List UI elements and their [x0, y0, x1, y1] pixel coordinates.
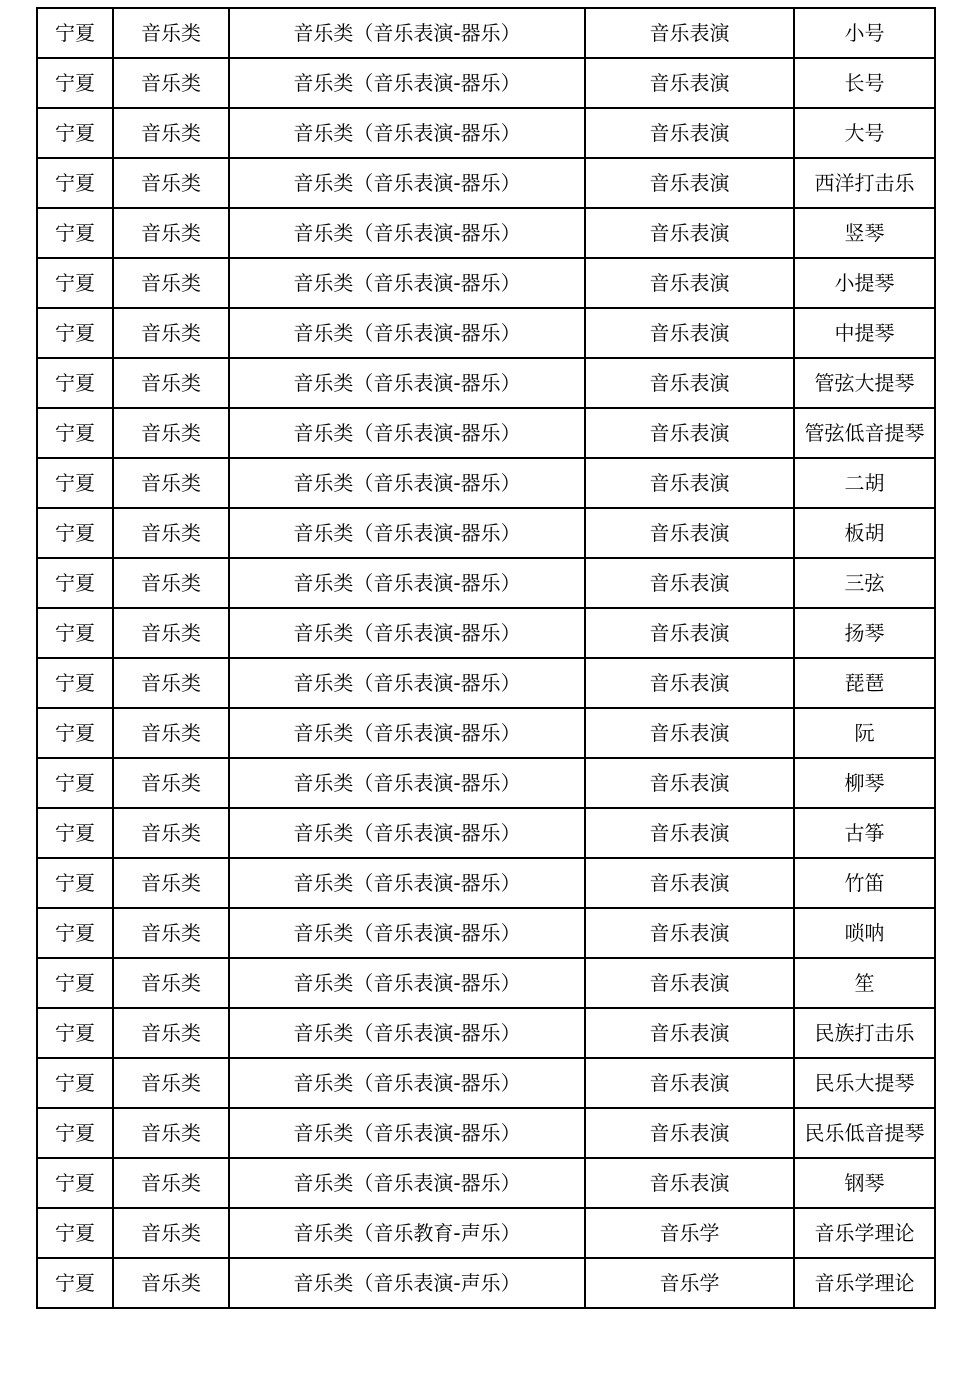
- major-cell: 音乐表演: [585, 308, 794, 358]
- major-cell: 音乐学: [585, 1258, 794, 1308]
- table-row: 宁夏音乐类音乐类（音乐表演-器乐）音乐表演唢呐: [37, 908, 935, 958]
- direction-cell: 阮: [794, 708, 935, 758]
- subcategory-cell: 音乐类（音乐表演-器乐）: [229, 858, 585, 908]
- province-cell: 宁夏: [37, 858, 113, 908]
- subcategory-cell: 音乐类（音乐表演-器乐）: [229, 1158, 585, 1208]
- category-cell: 音乐类: [113, 258, 229, 308]
- category-cell: 音乐类: [113, 708, 229, 758]
- major-cell: 音乐表演: [585, 258, 794, 308]
- category-cell: 音乐类: [113, 508, 229, 558]
- table-row: 宁夏音乐类音乐类（音乐表演-器乐）音乐表演民族打击乐: [37, 1008, 935, 1058]
- subcategory-cell: 音乐类（音乐表演-器乐）: [229, 8, 585, 58]
- category-cell: 音乐类: [113, 208, 229, 258]
- direction-cell: 民乐大提琴: [794, 1058, 935, 1108]
- subcategory-cell: 音乐类（音乐表演-器乐）: [229, 1108, 585, 1158]
- province-cell: 宁夏: [37, 208, 113, 258]
- direction-cell: 三弦: [794, 558, 935, 608]
- table-row: 宁夏音乐类音乐类（音乐表演-器乐）音乐表演柳琴: [37, 758, 935, 808]
- category-cell: 音乐类: [113, 808, 229, 858]
- table-row: 宁夏音乐类音乐类（音乐表演-器乐）音乐表演民乐低音提琴: [37, 1108, 935, 1158]
- subcategory-cell: 音乐类（音乐表演-器乐）: [229, 808, 585, 858]
- province-cell: 宁夏: [37, 758, 113, 808]
- category-cell: 音乐类: [113, 58, 229, 108]
- direction-cell: 长号: [794, 58, 935, 108]
- major-cell: 音乐表演: [585, 158, 794, 208]
- subcategory-cell: 音乐类（音乐表演-器乐）: [229, 258, 585, 308]
- major-cell: 音乐表演: [585, 608, 794, 658]
- subcategory-cell: 音乐类（音乐表演-器乐）: [229, 458, 585, 508]
- table-row: 宁夏音乐类音乐类（音乐表演-声乐）音乐学音乐学理论: [37, 1258, 935, 1308]
- table-row: 宁夏音乐类音乐类（音乐表演-器乐）音乐表演管弦大提琴: [37, 358, 935, 408]
- province-cell: 宁夏: [37, 608, 113, 658]
- table-row: 宁夏音乐类音乐类（音乐表演-器乐）音乐表演笙: [37, 958, 935, 1008]
- table-row: 宁夏音乐类音乐类（音乐表演-器乐）音乐表演管弦低音提琴: [37, 408, 935, 458]
- province-cell: 宁夏: [37, 458, 113, 508]
- direction-cell: 板胡: [794, 508, 935, 558]
- category-cell: 音乐类: [113, 1008, 229, 1058]
- major-table: 宁夏音乐类音乐类（音乐表演-器乐）音乐表演小号宁夏音乐类音乐类（音乐表演-器乐）…: [36, 7, 936, 1309]
- major-cell: 音乐表演: [585, 658, 794, 708]
- direction-cell: 大号: [794, 108, 935, 158]
- province-cell: 宁夏: [37, 408, 113, 458]
- category-cell: 音乐类: [113, 308, 229, 358]
- major-cell: 音乐表演: [585, 108, 794, 158]
- major-cell: 音乐表演: [585, 1058, 794, 1108]
- major-cell: 音乐表演: [585, 1108, 794, 1158]
- direction-cell: 音乐学理论: [794, 1208, 935, 1258]
- direction-cell: 柳琴: [794, 758, 935, 808]
- direction-cell: 管弦大提琴: [794, 358, 935, 408]
- province-cell: 宁夏: [37, 158, 113, 208]
- direction-cell: 民乐低音提琴: [794, 1108, 935, 1158]
- table-row: 宁夏音乐类音乐类（音乐表演-器乐）音乐表演中提琴: [37, 308, 935, 358]
- province-cell: 宁夏: [37, 1108, 113, 1158]
- direction-cell: 唢呐: [794, 908, 935, 958]
- table-row: 宁夏音乐类音乐类（音乐表演-器乐）音乐表演板胡: [37, 508, 935, 558]
- subcategory-cell: 音乐类（音乐表演-器乐）: [229, 308, 585, 358]
- subcategory-cell: 音乐类（音乐表演-器乐）: [229, 508, 585, 558]
- table-row: 宁夏音乐类音乐类（音乐表演-器乐）音乐表演三弦: [37, 558, 935, 608]
- table-row: 宁夏音乐类音乐类（音乐表演-器乐）音乐表演长号: [37, 58, 935, 108]
- subcategory-cell: 音乐类（音乐表演-器乐）: [229, 358, 585, 408]
- major-cell: 音乐表演: [585, 508, 794, 558]
- subcategory-cell: 音乐类（音乐表演-器乐）: [229, 758, 585, 808]
- major-cell: 音乐表演: [585, 358, 794, 408]
- province-cell: 宁夏: [37, 8, 113, 58]
- major-cell: 音乐表演: [585, 958, 794, 1008]
- major-cell: 音乐表演: [585, 8, 794, 58]
- direction-cell: 民族打击乐: [794, 1008, 935, 1058]
- category-cell: 音乐类: [113, 608, 229, 658]
- table-row: 宁夏音乐类音乐类（音乐表演-器乐）音乐表演竹笛: [37, 858, 935, 908]
- major-cell: 音乐表演: [585, 1008, 794, 1058]
- direction-cell: 竹笛: [794, 858, 935, 908]
- major-cell: 音乐表演: [585, 58, 794, 108]
- province-cell: 宁夏: [37, 708, 113, 758]
- table-row: 宁夏音乐类音乐类（音乐表演-器乐）音乐表演竖琴: [37, 208, 935, 258]
- direction-cell: 笙: [794, 958, 935, 1008]
- province-cell: 宁夏: [37, 1008, 113, 1058]
- direction-cell: 西洋打击乐: [794, 158, 935, 208]
- subcategory-cell: 音乐类（音乐表演-器乐）: [229, 958, 585, 1008]
- subcategory-cell: 音乐类（音乐表演-器乐）: [229, 408, 585, 458]
- table-row: 宁夏音乐类音乐类（音乐表演-器乐）音乐表演阮: [37, 708, 935, 758]
- province-cell: 宁夏: [37, 58, 113, 108]
- direction-cell: 小号: [794, 8, 935, 58]
- province-cell: 宁夏: [37, 808, 113, 858]
- subcategory-cell: 音乐类（音乐表演-器乐）: [229, 58, 585, 108]
- direction-cell: 管弦低音提琴: [794, 408, 935, 458]
- category-cell: 音乐类: [113, 458, 229, 508]
- category-cell: 音乐类: [113, 358, 229, 408]
- table-row: 宁夏音乐类音乐类（音乐表演-器乐）音乐表演西洋打击乐: [37, 158, 935, 208]
- category-cell: 音乐类: [113, 158, 229, 208]
- direction-cell: 琵琶: [794, 658, 935, 708]
- province-cell: 宁夏: [37, 1158, 113, 1208]
- province-cell: 宁夏: [37, 258, 113, 308]
- direction-cell: 中提琴: [794, 308, 935, 358]
- major-cell: 音乐表演: [585, 858, 794, 908]
- direction-cell: 音乐学理论: [794, 1258, 935, 1308]
- category-cell: 音乐类: [113, 958, 229, 1008]
- major-cell: 音乐表演: [585, 1158, 794, 1208]
- province-cell: 宁夏: [37, 1258, 113, 1308]
- category-cell: 音乐类: [113, 1258, 229, 1308]
- major-cell: 音乐表演: [585, 708, 794, 758]
- table-row: 宁夏音乐类音乐类（音乐表演-器乐）音乐表演小提琴: [37, 258, 935, 308]
- category-cell: 音乐类: [113, 1208, 229, 1258]
- major-cell: 音乐表演: [585, 208, 794, 258]
- major-cell: 音乐表演: [585, 808, 794, 858]
- subcategory-cell: 音乐类（音乐表演-声乐）: [229, 1258, 585, 1308]
- category-cell: 音乐类: [113, 1158, 229, 1208]
- table-row: 宁夏音乐类音乐类（音乐表演-器乐）音乐表演琵琶: [37, 658, 935, 708]
- major-cell: 音乐学: [585, 1208, 794, 1258]
- major-cell: 音乐表演: [585, 458, 794, 508]
- direction-cell: 扬琴: [794, 608, 935, 658]
- subcategory-cell: 音乐类（音乐表演-器乐）: [229, 158, 585, 208]
- subcategory-cell: 音乐类（音乐表演-器乐）: [229, 608, 585, 658]
- category-cell: 音乐类: [113, 108, 229, 158]
- major-cell: 音乐表演: [585, 758, 794, 808]
- category-cell: 音乐类: [113, 408, 229, 458]
- major-cell: 音乐表演: [585, 558, 794, 608]
- category-cell: 音乐类: [113, 1108, 229, 1158]
- category-cell: 音乐类: [113, 1058, 229, 1108]
- province-cell: 宁夏: [37, 108, 113, 158]
- province-cell: 宁夏: [37, 358, 113, 408]
- major-cell: 音乐表演: [585, 908, 794, 958]
- category-cell: 音乐类: [113, 558, 229, 608]
- category-cell: 音乐类: [113, 8, 229, 58]
- province-cell: 宁夏: [37, 508, 113, 558]
- table-row: 宁夏音乐类音乐类（音乐表演-器乐）音乐表演扬琴: [37, 608, 935, 658]
- category-cell: 音乐类: [113, 658, 229, 708]
- subcategory-cell: 音乐类（音乐表演-器乐）: [229, 1058, 585, 1108]
- table-row: 宁夏音乐类音乐类（音乐表演-器乐）音乐表演大号: [37, 108, 935, 158]
- category-cell: 音乐类: [113, 908, 229, 958]
- table-row: 宁夏音乐类音乐类（音乐表演-器乐）音乐表演小号: [37, 8, 935, 58]
- province-cell: 宁夏: [37, 1058, 113, 1108]
- table-row: 宁夏音乐类音乐类（音乐表演-器乐）音乐表演二胡: [37, 458, 935, 508]
- direction-cell: 竖琴: [794, 208, 935, 258]
- category-cell: 音乐类: [113, 858, 229, 908]
- province-cell: 宁夏: [37, 1208, 113, 1258]
- major-cell: 音乐表演: [585, 408, 794, 458]
- province-cell: 宁夏: [37, 958, 113, 1008]
- direction-cell: 小提琴: [794, 258, 935, 308]
- table-body: 宁夏音乐类音乐类（音乐表演-器乐）音乐表演小号宁夏音乐类音乐类（音乐表演-器乐）…: [37, 8, 935, 1308]
- table-row: 宁夏音乐类音乐类（音乐教育-声乐）音乐学音乐学理论: [37, 1208, 935, 1258]
- subcategory-cell: 音乐类（音乐表演-器乐）: [229, 208, 585, 258]
- subcategory-cell: 音乐类（音乐表演-器乐）: [229, 1008, 585, 1058]
- table-row: 宁夏音乐类音乐类（音乐表演-器乐）音乐表演民乐大提琴: [37, 1058, 935, 1108]
- category-cell: 音乐类: [113, 758, 229, 808]
- subcategory-cell: 音乐类（音乐表演-器乐）: [229, 908, 585, 958]
- direction-cell: 古筝: [794, 808, 935, 858]
- province-cell: 宁夏: [37, 558, 113, 608]
- province-cell: 宁夏: [37, 908, 113, 958]
- direction-cell: 钢琴: [794, 1158, 935, 1208]
- direction-cell: 二胡: [794, 458, 935, 508]
- table-row: 宁夏音乐类音乐类（音乐表演-器乐）音乐表演钢琴: [37, 1158, 935, 1208]
- province-cell: 宁夏: [37, 308, 113, 358]
- subcategory-cell: 音乐类（音乐表演-器乐）: [229, 708, 585, 758]
- subcategory-cell: 音乐类（音乐表演-器乐）: [229, 658, 585, 708]
- table-row: 宁夏音乐类音乐类（音乐表演-器乐）音乐表演古筝: [37, 808, 935, 858]
- subcategory-cell: 音乐类（音乐教育-声乐）: [229, 1208, 585, 1258]
- subcategory-cell: 音乐类（音乐表演-器乐）: [229, 558, 585, 608]
- province-cell: 宁夏: [37, 658, 113, 708]
- subcategory-cell: 音乐类（音乐表演-器乐）: [229, 108, 585, 158]
